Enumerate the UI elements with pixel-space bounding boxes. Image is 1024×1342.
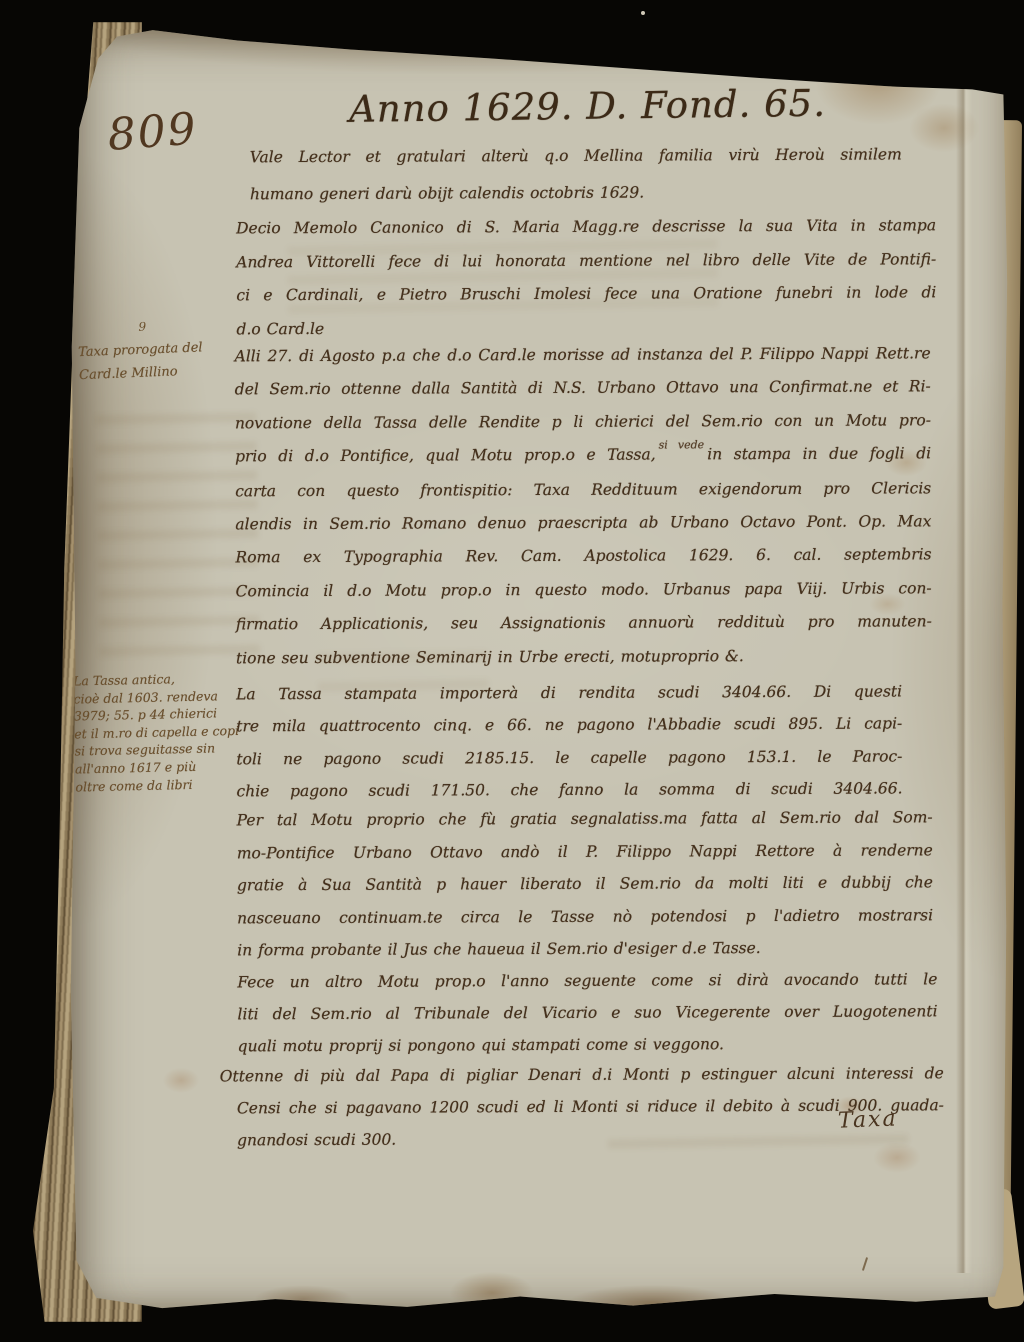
folio-number: 809 xyxy=(106,103,200,161)
text-line: humano generi darù obijt calendis octobr… xyxy=(250,173,902,212)
text-line: toli ne pagono scudi 2185.15. le capelle… xyxy=(236,740,902,775)
page-heading: Anno 1629. D. Fond. 65. xyxy=(327,81,848,131)
text-line: Censi che si pagavano 1200 scudi ed li M… xyxy=(220,1089,944,1124)
dust-speck xyxy=(641,11,645,15)
margin-note-tassa-antica: La Tassa antica, cioè dal 1603. rendeva … xyxy=(73,669,240,796)
text-line: Andrea Vittorelli fece di lui honorata m… xyxy=(236,243,936,280)
manuscript-photo: 809 Anno 1629. D. Fond. 65. Vale Lector … xyxy=(0,0,1024,1342)
text-line: Per tal Motu proprio che fù gratia segna… xyxy=(237,801,933,837)
text-line: novatione della Tassa delle Rendite p li… xyxy=(235,404,931,440)
margin-note-superscript: 9 xyxy=(138,320,146,334)
paragraph-thanks-to-pope: Per tal Motu proprio che fù gratia segna… xyxy=(237,801,934,967)
margin-note-taxa-prorogata: Taxa prorogata del Card.le Millino xyxy=(78,336,204,387)
text-line: carta con questo frontispitio: Taxa Redd… xyxy=(235,472,931,508)
text-line: Decio Memolo Canonico di S. Maria Magg.r… xyxy=(236,209,936,246)
manuscript-page: 809 Anno 1629. D. Fond. 65. Vale Lector … xyxy=(68,25,1010,1312)
text-line: Vale Lector et gratulari alterù q.o Mell… xyxy=(250,136,902,175)
handwritten-text-layer: 809 Anno 1629. D. Fond. 65. Vale Lector … xyxy=(65,23,1013,1314)
text-line: Fece un altro Motu prop.o l'anno seguent… xyxy=(237,963,937,998)
text-line: mo-Pontifice Urbano Ottavo andò il P. Fi… xyxy=(237,834,933,870)
text-line: del Sem.rio ottenne dalla Santità di N.S… xyxy=(235,371,931,407)
text-line: La Tassa stampata importerà di rendita s… xyxy=(236,675,902,710)
paragraph-monti-censi: Ottenne di più dal Papa di pigliar Denar… xyxy=(220,1057,944,1156)
paragraph-biographers: Decio Memolo Canonico di S. Maria Magg.r… xyxy=(236,209,937,346)
text-line: liti del Sem.rio al Tribunale del Vicari… xyxy=(237,995,937,1030)
text-line: alendis in Sem.rio Romano denuo praescri… xyxy=(235,505,931,541)
text-segment: prio di d.o Pontifice, qual Motu prop.o … xyxy=(235,446,656,466)
paragraph-tassa-confirmation: Alli 27. di Agosto p.a che d.o Card.le m… xyxy=(235,337,932,675)
margin-note-line: si trova seguitasse sin xyxy=(74,739,239,760)
text-line: firmatio Applicationis, seu Assignationi… xyxy=(236,606,932,642)
margin-note-line: Taxa prorogata del xyxy=(78,336,203,364)
paragraph-second-motu-proprio: Fece un altro Motu prop.o l'anno seguent… xyxy=(237,963,937,1062)
text-line-with-insertion: prio di d.o Pontifice, qual Motu prop.o … xyxy=(235,438,931,475)
catchword: Taxa xyxy=(838,1106,899,1133)
paragraph-tassa-amounts: La Tassa stampata importerà di rendita s… xyxy=(236,675,903,808)
text-line: tre mila quattrocento cinq. e 66. ne pag… xyxy=(236,708,902,743)
text-line: in forma probante il Jus che haueua il S… xyxy=(237,932,933,968)
margin-note-line: Card.le Millino xyxy=(79,359,204,387)
text-line: Ottenne di più dal Papa di pigliar Denar… xyxy=(220,1057,944,1092)
text-line: Comincia il d.o Motu prop.o in questo mo… xyxy=(236,572,932,608)
margin-note-line: oltre come da libri xyxy=(75,774,240,795)
text-line: tione seu subventione Seminarij in Urbe … xyxy=(236,639,932,675)
text-segment: in stampa in due fogli di xyxy=(707,445,931,464)
text-line: gratie à Sua Santità p hauer liberato il… xyxy=(237,866,933,902)
paragraph-obit-notice: Vale Lector et gratulari alterù q.o Mell… xyxy=(250,136,902,212)
text-line: Roma ex Typographia Rev. Cam. Apostolica… xyxy=(235,539,931,575)
text-line: ci e Cardinali, e Pietro Bruschi Imolesi… xyxy=(236,276,936,313)
text-line: gnandosi scudi 300. xyxy=(220,1121,944,1156)
text-line: Alli 27. di Agosto p.a che d.o Card.le m… xyxy=(235,337,931,373)
interline-insertion: si vede xyxy=(659,438,705,451)
text-line: nasceuano continuam.te circa le Tasse nò… xyxy=(237,899,933,935)
